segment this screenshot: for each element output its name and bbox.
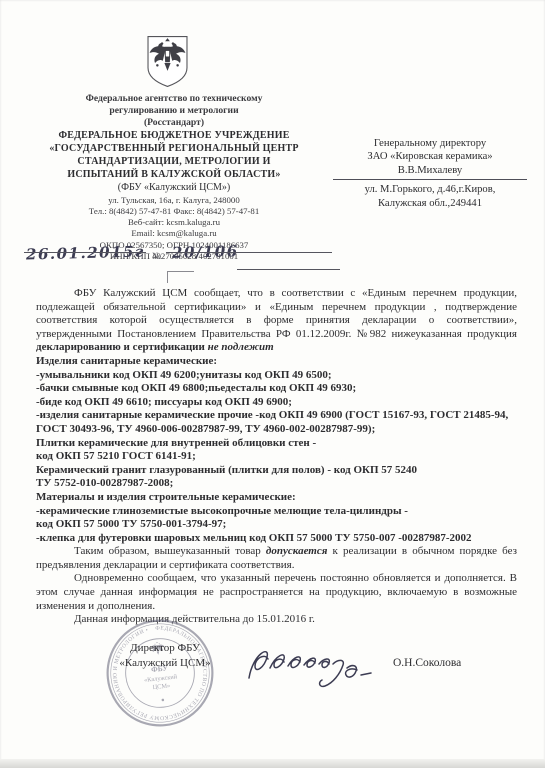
product-list-line: -умывальники код ОКП 49 6200;унитазы код…: [36, 369, 517, 383]
addressee-region: Калужская обл.,249441: [335, 197, 525, 210]
org-name-line: ИСПЫТАНИЙ В КАЛУЖСКОЙ ОБЛАСТИ»: [28, 168, 320, 181]
org-short-name: (ФБУ «Калужский ЦСМ»): [28, 181, 320, 195]
reference-underline: [237, 269, 340, 270]
agency-name-line: регулированию и метрологии: [28, 105, 320, 117]
org-address: ул. Тульская, 16а, г. Калуга, 248000: [28, 195, 320, 206]
product-list-line: Изделия санитарные керамические:: [36, 355, 517, 369]
signer-title: Директор ФБУ «Калужский ЦСМ»: [100, 641, 230, 670]
org-name-line: СТАНДАРТИЗАЦИИ, МЕТРОЛОГИИ И: [28, 155, 320, 168]
paragraph-update-note: Одновременно сообщаем, что указанный пер…: [36, 572, 517, 613]
signer-title-line: Директор ФБУ: [100, 641, 230, 656]
intro-bold-italic: не подлежит: [205, 341, 274, 353]
number-underline: [166, 252, 332, 253]
outgoing-date-handwritten: 26.01.2015г: [26, 242, 145, 263]
product-list-line: Материалы и изделия строительные керамич…: [36, 491, 517, 505]
product-list-line: Плитки керамические для внутренней облиц…: [36, 437, 517, 451]
conclusion-pre: Таким образом, вышеуказанный товар: [74, 545, 266, 557]
number-sign-label: №: [152, 252, 161, 262]
org-name-line: ФЕДЕРАЛЬНОЕ БЮДЖЕТНОЕ УЧРЕЖДЕНИЕ: [28, 129, 320, 142]
addressee-street: ул. М.Горького, д.46,г.Киров,: [335, 183, 525, 196]
stamp-center-text: «Калужский: [144, 673, 178, 684]
product-list-line: -изделия санитарные керамические прочие …: [36, 409, 517, 436]
product-list-line: код ОКП 57 5210 ГОСТ 6141-91;: [36, 450, 517, 464]
org-email: Email: kcsm@kaluga.ru: [28, 228, 320, 239]
org-website: Веб-сайт: kcsm.kaluga.ru: [28, 217, 320, 228]
intro-text: ФБУ Калужский ЦСМ сообщает, что в соотве…: [36, 287, 517, 340]
intro-bold: декларированию и сертификации: [36, 341, 205, 353]
signer-name: О.Н.Соколова: [393, 657, 461, 669]
addressee-person: В.В.Михалеву: [335, 164, 525, 177]
agency-name-line: Федеральное агентство по техническому: [28, 93, 320, 105]
org-phone-fax: Тел.: 8(4842) 57-47-81 Факс: 8(4842) 57-…: [28, 206, 320, 217]
agency-name-line: (Росстандарт): [28, 117, 320, 129]
signature-stroke: [243, 638, 375, 694]
org-name-line: «ГОСУДАРСТВЕННЫЙ РЕГИОНАЛЬНЫЙ ЦЕНТР: [28, 142, 320, 155]
product-list-line: -керамические глиноземистые высокопрочны…: [36, 505, 517, 519]
addressee-title: Генеральному директору: [335, 137, 525, 150]
product-list-line: ТУ 5752-010-00287987-2008;: [36, 477, 517, 491]
addressee-divider: [333, 179, 527, 180]
form-corner-mark: [167, 271, 194, 283]
product-list-line: -биде код ОКП 49 6610; писсуары код ОКП …: [36, 396, 517, 410]
product-list-line: -клепка для футеровки шаровых мельниц ко…: [36, 532, 517, 546]
stamp-center-text: ЦСМ»: [152, 682, 170, 691]
paragraph-intro: ФБУ Калужский ЦСМ сообщает, что в соотве…: [36, 287, 517, 355]
addressee-block: Генеральному директору ЗАО «Кировская ке…: [335, 137, 525, 210]
russia-coat-of-arms-icon: [144, 35, 191, 88]
product-list-line: -бачки смывные код ОКП 49 6800;пьедестал…: [36, 382, 517, 396]
conclusion-bold-italic: допускается: [266, 545, 327, 557]
paragraph-conclusion: Таким образом, вышеуказанный товар допус…: [36, 545, 517, 572]
scan-edge-shadow: [0, 759, 545, 768]
round-official-seal-stamp: ФЕДЕРАЛЬНОЕ АГЕНТСТВО ПО ТЕХНИЧЕСКОМУ РЕ…: [92, 611, 227, 735]
signer-title-line: «Калужский ЦСМ»: [100, 656, 230, 671]
product-list-line: Керамический гранит глазурованный (плитк…: [36, 464, 517, 478]
letterhead: Федеральное агентство по техническому ре…: [28, 93, 320, 262]
date-underline: [24, 252, 146, 253]
letter-body: ФБУ Калужский ЦСМ сообщает, что в соотве…: [36, 287, 517, 627]
addressee-company: ЗАО «Кировская керамика»: [335, 150, 525, 163]
product-list-line: код ОКП 57 5000 ТУ 5750-001-3794-97;: [36, 518, 517, 532]
scanned-letter-page: Федеральное агентство по техническому ре…: [0, 0, 545, 768]
